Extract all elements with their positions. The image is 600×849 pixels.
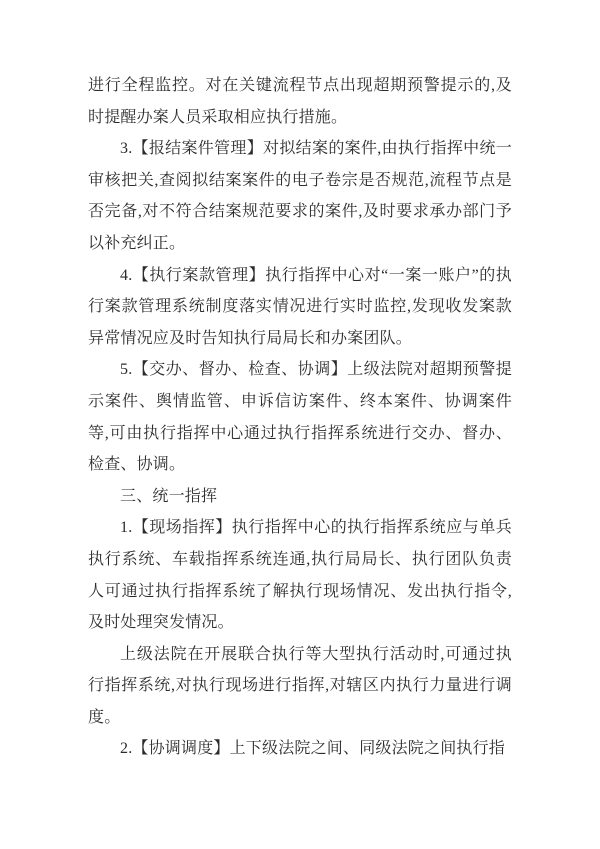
paragraph-item-2-coordination-dispatch: 2.【协调调度】上下级法院之间、同级法院之间执行指	[88, 733, 512, 765]
section-heading-unified-command: 三、统一指挥	[88, 481, 512, 513]
paragraph-item-4-case-funds-management: 4.【执行案款管理】执行指挥中心对“一案一账户”的执行案款管理系统制度落实情况进…	[88, 260, 512, 355]
paragraph-higher-court-joint-operations: 上级法院在开展联合执行等大型执行活动时,可通过执行指挥系统,对执行现场进行指挥,…	[88, 639, 512, 734]
document-page: 进行全程监控。对在关键流程节点出现超期预警提示的,及时提醒办案人员采取相应执行措…	[0, 0, 600, 849]
paragraph-item-3-report-case-management: 3.【报结案件管理】对拟结案的案件,由执行指挥中统一审核把关,查阅拟结案案件的电…	[88, 133, 512, 259]
paragraph-continuation: 进行全程监控。对在关键流程节点出现超期预警提示的,及时提醒办案人员采取相应执行措…	[88, 70, 512, 133]
paragraph-item-1-onsite-command: 1.【现场指挥】执行指挥中心的执行指挥系统应与单兵执行系统、车载指挥系统连通,执…	[88, 512, 512, 638]
paragraph-item-5-assign-supervise-inspect-coordinate: 5.【交办、督办、检查、协调】上级法院对超期预警提示案件、舆情监管、申诉信访案件…	[88, 354, 512, 480]
document-body: 进行全程监控。对在关键流程节点出现超期预警提示的,及时提醒办案人员采取相应执行措…	[88, 70, 512, 765]
